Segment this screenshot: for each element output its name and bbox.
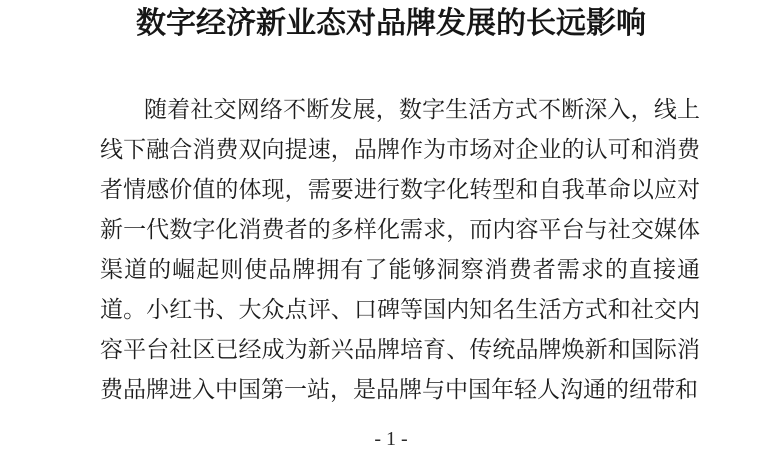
body-paragraph: 随着社交网络不断发展，数字生活方式不断深入，线上线下融合消费双向提速，品牌作为市… bbox=[100, 90, 700, 410]
page-title: 数字经济新业态对品牌发展的长远影响 bbox=[0, 4, 782, 44]
page-number: - 1 - bbox=[0, 427, 782, 451]
document-page: 数字经济新业态对品牌发展的长远影响 随着社交网络不断发展，数字生活方式不断深入，… bbox=[0, 0, 782, 463]
